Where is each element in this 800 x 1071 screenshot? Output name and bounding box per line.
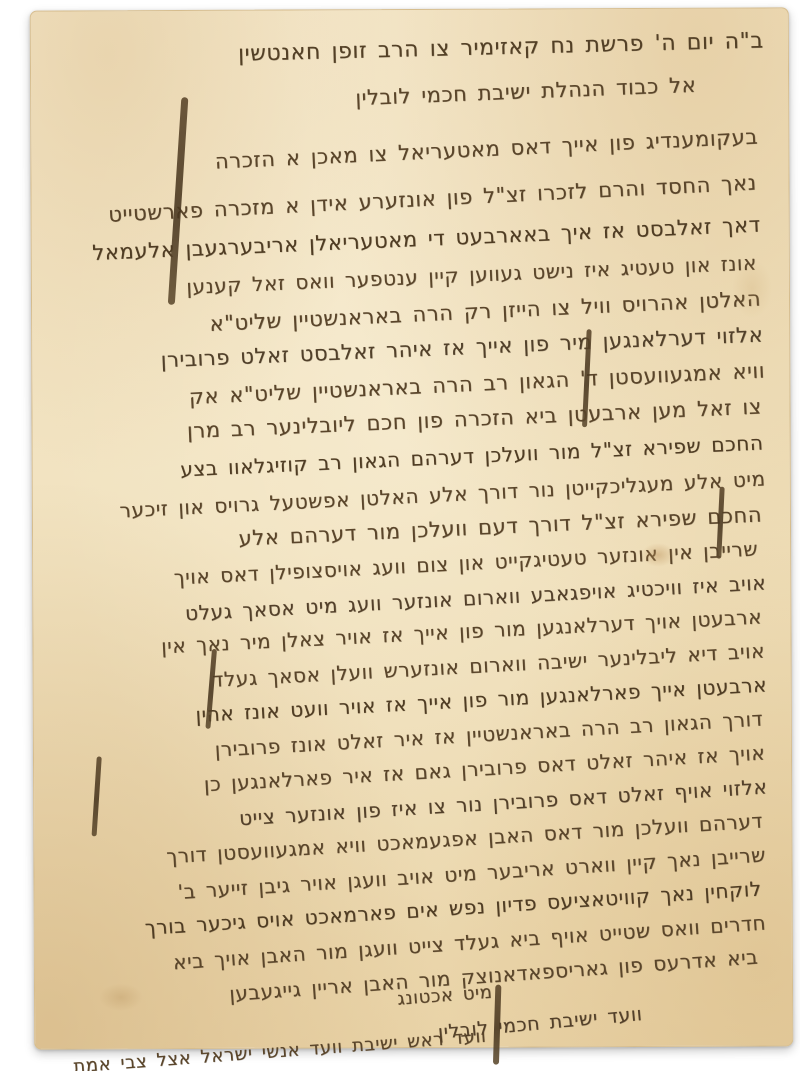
handwritten-line: וועד ראש ישיבת וועד אנשי ישראל אצל צבי א… <box>72 1026 487 1071</box>
scan-background: ב"ה יום ה' פרשת נח קאזימיר צו הרב זופן ח… <box>0 0 800 1071</box>
handwritten-line: אל כבוד הנהלת ישיבת חכמי לובלין <box>355 73 697 110</box>
handwritten-line: ב"ה יום ה' פרשת נח קאזימיר צו הרב זופן ח… <box>238 28 764 66</box>
handwritten-line: בעקומענדיג פון אייך דאס מאטעריאל צו מאכן… <box>215 124 759 173</box>
letter-paper: ב"ה יום ה' פרשת נח קאזימיר צו הרב זופן ח… <box>30 7 794 1049</box>
ink-stroke <box>493 985 501 1065</box>
letter-lines: ב"ה יום ה' פרשת נח קאזימיר צו הרב זופן ח… <box>31 8 793 1048</box>
